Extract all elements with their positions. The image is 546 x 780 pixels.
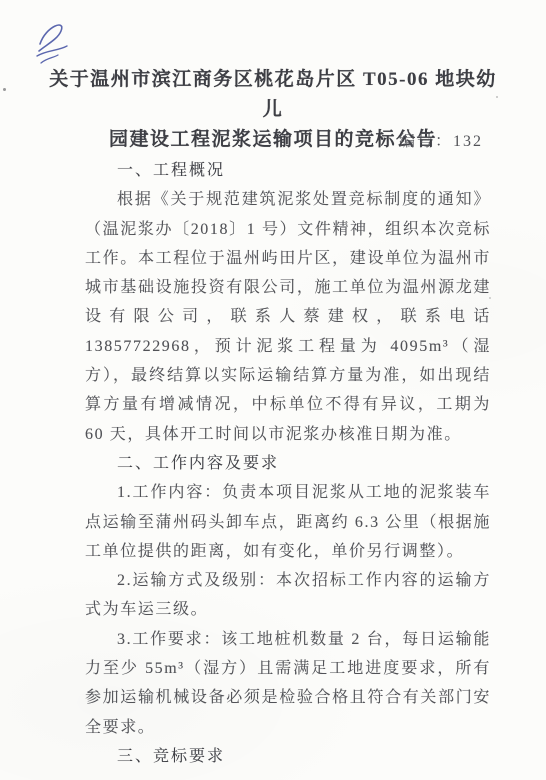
section-heading-bid-requirements: 三、竞标要求: [85, 742, 491, 771]
paragraph-work-content: 1.工作内容：负责本项目泥浆从工地的泥浆装车点运输至蒲州码头卸车点，距离约 6.…: [85, 478, 491, 566]
scan-speck: [489, 297, 491, 299]
scan-speck: [496, 96, 498, 98]
section-heading-overview: 一、工程概况: [85, 156, 491, 185]
scan-speck: [3, 88, 6, 91]
document-title-line-1: 关于温州市滨江商务区桃花岛片区 T05-06 地块幼儿: [40, 65, 506, 125]
scanned-document-page: 关于温州市滨江商务区桃花岛片区 T05-06 地块幼儿 园建设工程泥浆运输项目的…: [0, 0, 546, 780]
pen-mark-icon: [30, 18, 78, 70]
document-body: 一、工程概况 根据《关于规范建筑泥浆处置竞标制度的通知》（温泥浆办〔2018〕1…: [85, 156, 491, 771]
paragraph-work-requirements: 3.工作要求：该工地桩机数量 2 台，每日运输能力至少 55m³（湿方）且需满足…: [85, 625, 491, 742]
section-heading-work-content: 二、工作内容及要求: [85, 449, 491, 478]
paragraph-project-overview: 根据《关于规范建筑泥浆处置竞标制度的通知》（温泥浆办〔2018〕1 号）文件精神…: [85, 185, 491, 449]
document-number: 编号：132: [85, 128, 483, 151]
paragraph-transport-mode: 2.运输方式及级别：本次招标工作内容的运输方式为车运三级。: [85, 566, 491, 625]
